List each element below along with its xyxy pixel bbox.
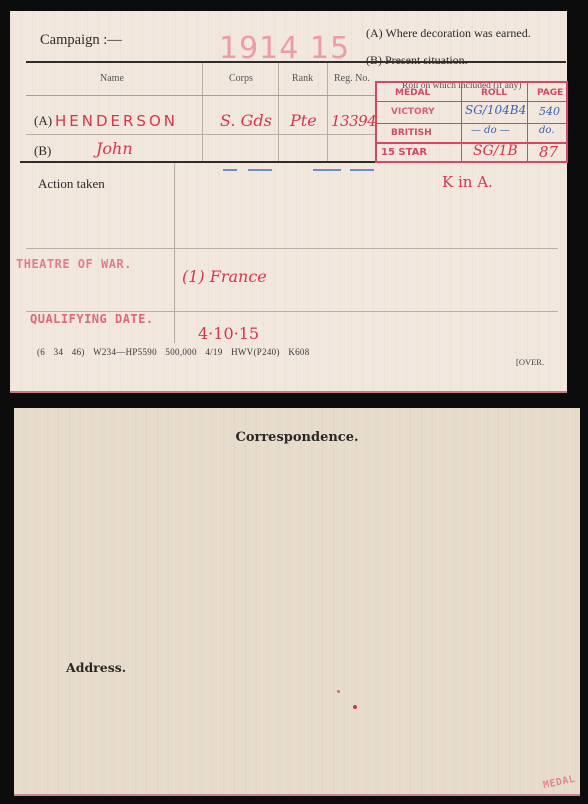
- theatre-of-war-value: (1) France: [182, 267, 267, 286]
- page-victory: 540: [539, 105, 560, 118]
- label-column-divider: [174, 163, 175, 343]
- rank-value: Pte: [290, 111, 317, 130]
- theatre-of-war-stamp: THEATRE OF WAR.: [16, 257, 132, 271]
- note-a: (A) Where decoration was earned.: [366, 26, 531, 41]
- ditto-mark: [313, 169, 341, 171]
- medal-row-divider: [377, 123, 566, 124]
- medal-row-divider: [377, 101, 566, 102]
- action-taken-label: Action taken: [38, 176, 105, 192]
- ditto-mark: [223, 169, 237, 171]
- medal-british: BRITISH: [391, 128, 432, 138]
- qualifying-date-stamp: QUALIFYING DATE.: [30, 312, 154, 326]
- header-underline: [26, 95, 376, 96]
- roll-header: ROLL: [481, 88, 507, 98]
- col-divider-rank: [327, 63, 328, 163]
- correspondence-heading: Correspondence.: [14, 430, 580, 445]
- corner-stamp: MEDAL: [543, 774, 577, 792]
- roll-british: — do —: [471, 125, 510, 136]
- corps-value: S. Gds: [220, 111, 272, 130]
- medal-index-card-back: Correspondence. Address. MEDAL: [14, 408, 580, 796]
- qualifying-date-value: 4·10·15: [198, 324, 259, 343]
- top-rule: [26, 61, 566, 63]
- medal-star: 15 STAR: [381, 147, 427, 158]
- medal-index-card-front: Campaign :— 1914 15 (A) Where decoration…: [10, 11, 567, 393]
- ink-spot: [353, 705, 357, 709]
- ink-spot: [337, 690, 340, 693]
- ditto-mark: [350, 169, 374, 171]
- page-british: do.: [539, 125, 554, 136]
- medal-header: MEDAL: [395, 88, 430, 98]
- form-print-code: (6 34 46) W234—HP5590 500,000 4/19 HWV(P…: [37, 347, 310, 357]
- row-a-prefix: (A): [34, 113, 52, 129]
- forename: John: [96, 139, 133, 158]
- address-label: Address.: [66, 660, 126, 675]
- action-taken-value: K in A.: [442, 173, 493, 191]
- header-rank: Rank: [292, 73, 313, 84]
- row-b-prefix: (B): [34, 143, 51, 159]
- over-label: [OVER.: [516, 357, 544, 367]
- header-reg-no: Reg. No.: [334, 73, 370, 84]
- roll-star: SG/1B: [473, 143, 518, 159]
- header-corps: Corps: [229, 73, 253, 84]
- campaign-label: Campaign :—: [40, 32, 122, 49]
- row-a-line: [26, 134, 376, 135]
- medal-victory: VICTORY: [391, 107, 435, 117]
- roll-victory: SG/104B4: [465, 103, 526, 117]
- ditto-mark: [248, 169, 272, 171]
- col-divider-corps: [278, 63, 279, 163]
- medal-roll-table: MEDAL ROLL PAGE VICTORY SG/104B4 540 BRI…: [375, 81, 568, 163]
- header-name: Name: [100, 73, 124, 84]
- page-header: PAGE: [537, 88, 563, 98]
- page-star: 87: [539, 143, 558, 161]
- action-line: [26, 248, 558, 249]
- surname: HENDERSON: [55, 112, 178, 130]
- medal-col-divider: [527, 83, 528, 161]
- col-divider-name: [202, 63, 203, 163]
- reg-no-value: 13394: [331, 112, 376, 130]
- medal-row-divider: [377, 142, 566, 144]
- medal-col-divider: [461, 83, 462, 161]
